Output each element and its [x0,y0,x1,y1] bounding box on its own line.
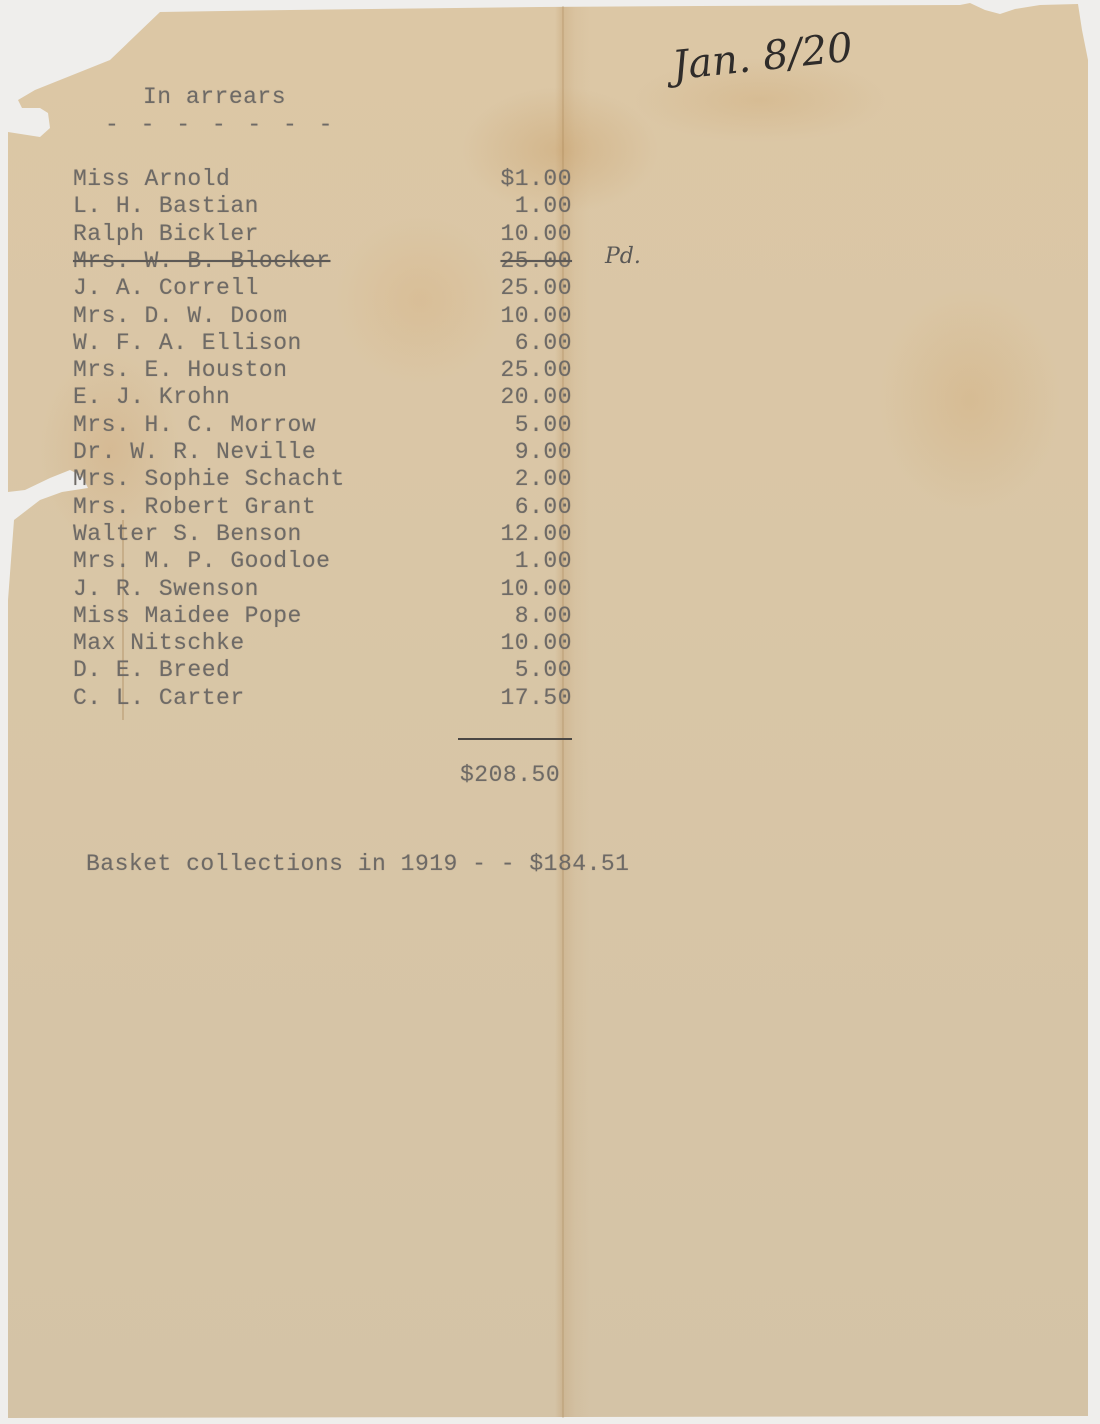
entry-amount: 25.00 [500,248,572,274]
total-amount: $208.50 [460,762,560,788]
entry-name: C. L. Carter [73,685,245,712]
entry-name: J. A. Correll [73,275,259,302]
entry-amount: 2.00 [515,466,572,492]
entry-name: Mrs. E. Houston [73,357,288,384]
heading-underline: - - - - - - - [105,112,336,138]
entry-amount: 25.00 [500,357,572,383]
entry-name: L. H. Bastian [73,193,259,220]
entry-name: Mrs. W. B. Blocker [73,248,330,275]
entry-name: J. R. Swenson [73,576,259,603]
entry-name: Mrs. H. C. Morrow [73,412,316,439]
entry-amount: 5.00 [515,657,572,683]
total-rule [458,738,572,740]
entry-name: Mrs. M. P. Goodloe [73,548,330,575]
entry-name: E. J. Krohn [73,384,230,411]
entry-amount: $1.00 [500,166,572,192]
entry-amount: 17.50 [500,685,572,711]
entry-name: D. E. Breed [73,657,230,684]
entry-amount: 5.00 [515,412,572,438]
entry-amount: 1.00 [515,548,572,574]
entry-amount: 25.00 [500,275,572,301]
entry-name: Miss Maidee Pope [73,603,302,630]
entry-name: Miss Arnold [73,166,230,193]
entry-amount: 10.00 [500,576,572,602]
entry-amount: 10.00 [500,303,572,329]
entry-amount: 6.00 [515,330,572,356]
entry-name: Ralph Bickler [73,221,259,248]
entry-name: Dr. W. R. Neville [73,439,316,466]
entry-name: Max Nitschke [73,630,245,657]
entry-name: Mrs. Robert Grant [73,494,316,521]
entry-amount: 12.00 [500,521,572,547]
entry-amount: 1.00 [515,193,572,219]
entry-name: W. F. A. Ellison [73,330,302,357]
entry-amount: 9.00 [515,439,572,465]
entry-name: Mrs. D. W. Doom [73,303,288,330]
entry-amount: 20.00 [500,384,572,410]
entry-amount: 10.00 [500,221,572,247]
entry-amount: 10.00 [500,630,572,656]
paid-note: Pd. [605,244,641,269]
basket-collections-line: Basket collections in 1919 - - $184.51 [86,851,630,877]
entry-amount: 8.00 [515,603,572,629]
entry-amount: 6.00 [515,494,572,520]
document-heading: In arrears [143,84,286,110]
entry-name: Mrs. Sophie Schacht [73,466,345,493]
entry-name: Walter S. Benson [73,521,302,548]
